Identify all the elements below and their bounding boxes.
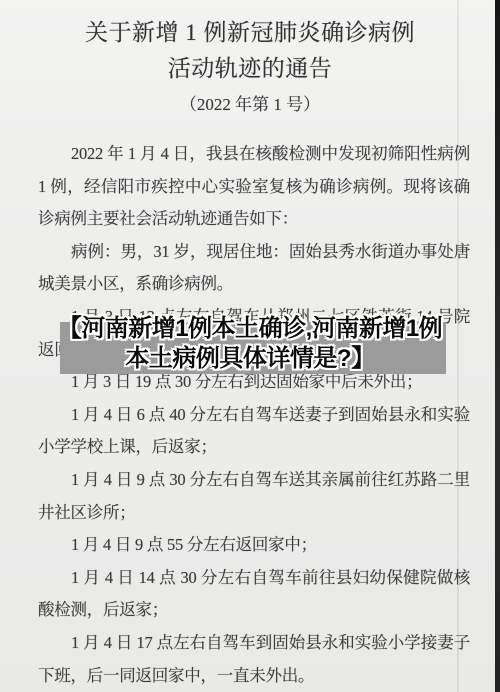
notice-paragraph: 1 月 4 日 9 点 55 分左右返回家中； xyxy=(38,529,470,562)
notice-paragraph: 病例：男，31 岁，现居住地：固始县秀水街道办事处唐城美景小区，系确诊病例。 xyxy=(38,236,470,301)
notice-paragraph: 2022 年 1 月 4 日，我县在核酸检测中发现初筛阳性病例 1 例，经信阳市… xyxy=(38,138,470,236)
video-subtitle-overlay: 【河南新增1例本土确诊,河南新增1例 本土病例具体详情是?】 xyxy=(28,314,472,374)
notice-title-line1: 关于新增 1 例新冠肺炎确诊病例 xyxy=(0,15,500,51)
video-subtitle-line2: 本土病例具体详情是?】 xyxy=(28,344,472,374)
notice-title-line2: 活动轨迹的通告 xyxy=(0,51,500,87)
notice-issue-number: （2022 年第 1 号） xyxy=(0,94,500,116)
notice-paragraph: 1 月 4 日 9 点 30 分左右自驾车送其亲属前往红苏路二里井社区诊所； xyxy=(38,464,470,529)
notice-paragraph: 1 月 4 日 17 点左右自驾车到固始县永和实验小学接妻子下班，后一同返回家中… xyxy=(38,627,470,692)
scanned-notice-page: 关于新增 1 例新冠肺炎确诊病例 活动轨迹的通告 （2022 年第 1 号） 2… xyxy=(0,0,500,692)
notice-title-block: 关于新增 1 例新冠肺炎确诊病例 活动轨迹的通告 （2022 年第 1 号） xyxy=(0,0,500,116)
scan-edge-right xyxy=(495,0,500,692)
notice-paragraph: 1 月 4 日 6 点 40 分左右自驾车送妻子到固始县永和实验小学学校上课，后… xyxy=(38,399,470,464)
video-subtitle-line1: 【河南新增1例本土确诊,河南新增1例 xyxy=(28,314,472,344)
notice-body: 2022 年 1 月 4 日，我县在核酸检测中发现初筛阳性病例 1 例，经信阳市… xyxy=(0,138,500,692)
notice-paragraph: 1 月 4 日 14 点 30 分左右自驾车前往县妇幼保健院做核酸检测，后返家； xyxy=(38,562,470,627)
